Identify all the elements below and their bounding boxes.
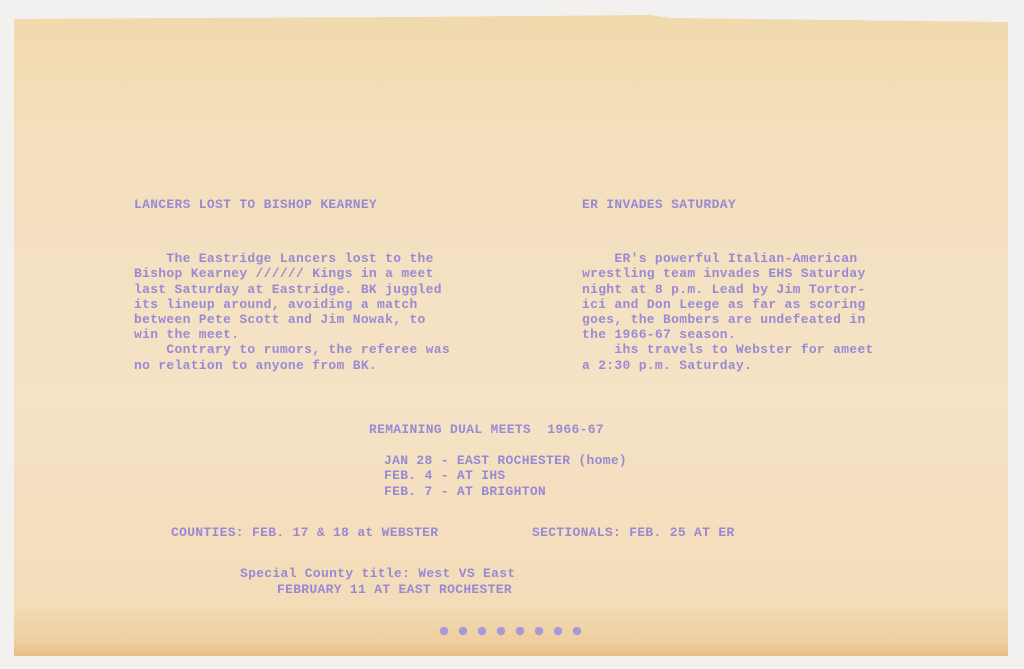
text-line: a 2:30 p.m. Saturday. bbox=[582, 358, 874, 373]
asterisk-star-icon bbox=[516, 627, 524, 635]
right-article-headline: ER INVADES SATURDAY bbox=[582, 197, 736, 212]
staple-holes-left: ˙ ˙˙˙ bbox=[66, 41, 105, 50]
asterisk-star-icon bbox=[535, 627, 543, 635]
text-line: ici and Don Leege as far as scoring bbox=[582, 297, 874, 312]
asterisk-star-icon bbox=[554, 627, 562, 635]
text-line: between Pete Scott and Jim Nowak, to bbox=[134, 312, 450, 327]
text-line: no relation to anyone from BK. bbox=[134, 358, 450, 373]
schedule-item: FEB. 4 - AT IHS bbox=[384, 468, 627, 483]
schedule-item: FEB. 7 - AT BRIGHTON bbox=[384, 484, 627, 499]
schedule-list: JAN 28 - EAST ROCHESTER (home)FEB. 4 - A… bbox=[384, 438, 627, 514]
staple-holes-right: ˙ ˙ ˙ bbox=[966, 35, 1005, 44]
sectionals-line: SECTIONALS: FEB. 25 AT ER bbox=[532, 525, 735, 540]
text-line: ER's powerful Italian-American bbox=[582, 251, 874, 266]
asterisk-star-icon bbox=[573, 627, 581, 635]
text-line: win the meet. bbox=[134, 327, 450, 342]
counties-line: COUNTIES: FEB. 17 & 18 at WEBSTER bbox=[171, 525, 438, 540]
asterisk-star-icon bbox=[497, 627, 505, 635]
asterisk-star-icon bbox=[478, 627, 486, 635]
text-line: Contrary to rumors, the referee was bbox=[134, 342, 450, 357]
text-line: the 1966-67 season. bbox=[582, 327, 874, 342]
text-line: its lineup around, avoiding a match bbox=[134, 297, 450, 312]
left-article-paragraph-1: The Eastridge Lancers lost to theBishop … bbox=[134, 236, 450, 388]
asterisk-star-icon bbox=[459, 627, 467, 635]
text-line: last Saturday at Eastridge. BK juggled bbox=[134, 282, 450, 297]
text-line: wrestling team invades EHS Saturday bbox=[582, 266, 874, 281]
special-date-line: FEBRUARY 11 AT EAST ROCHESTER bbox=[277, 582, 512, 597]
text-line: night at 8 p.m. Lead by Jim Tortor- bbox=[582, 282, 874, 297]
schedule-title: REMAINING DUAL MEETS 1966-67 bbox=[369, 422, 604, 437]
schedule-item: JAN 28 - EAST ROCHESTER (home) bbox=[384, 453, 627, 468]
asterisk-star-icon bbox=[440, 627, 448, 635]
special-title-line: Special County title: West VS East bbox=[240, 566, 515, 581]
text-line: The Eastridge Lancers lost to the bbox=[134, 251, 450, 266]
staple-holes-center: ˙ ˙ ˙ bbox=[536, 35, 575, 44]
right-article-paragraph-1: ER's powerful Italian-Americanwrestling … bbox=[582, 236, 874, 388]
left-article-headline: LANCERS LOST TO BISHOP KEARNEY bbox=[134, 197, 377, 212]
text-line: Bishop Kearney ////// Kings in a meet bbox=[134, 266, 450, 281]
footer-ornament bbox=[440, 627, 581, 635]
text-line: ihs travels to Webster for ameet bbox=[582, 342, 874, 357]
text-line: goes, the Bombers are undefeated in bbox=[582, 312, 874, 327]
